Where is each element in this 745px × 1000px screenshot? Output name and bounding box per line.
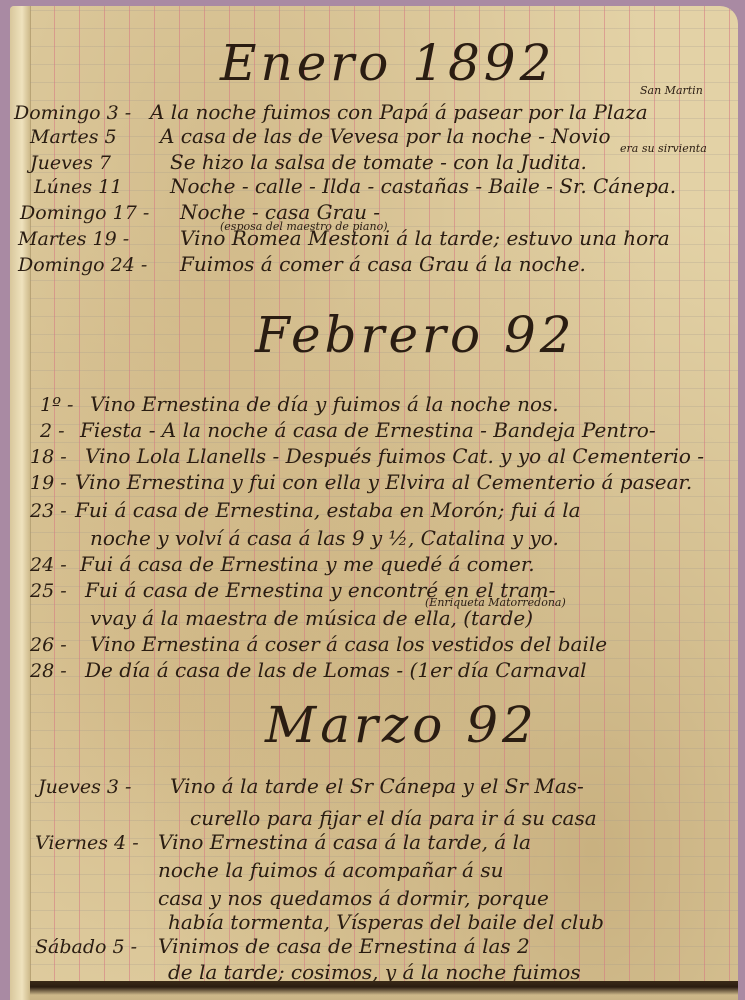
- annotation: era su sirvienta: [620, 142, 707, 155]
- diary-page: Enero 1892 San Martin Domingo 3 - A la n…: [10, 6, 738, 1000]
- entry-text: Vino Ernestina y fui con ella y Elvira a…: [75, 470, 692, 494]
- entry-text: Fiesta - A la noche á casa de Ernestina …: [80, 418, 656, 442]
- entry-day: 2 -: [40, 420, 65, 442]
- entry-day: 25 -: [30, 580, 67, 602]
- entry-text: Vino Lola Llanells - Después fuimos Cat.…: [85, 444, 704, 468]
- entry-day: 28 -: [30, 660, 67, 682]
- entry-text: Vino á la tarde el Sr Cánepa y el Sr Mas…: [170, 774, 584, 798]
- entry-text: vvay á la maestra de música de ella, (ta…: [90, 606, 533, 630]
- entry-text: noche y volví á casa á las 9 y ½, Catali…: [90, 526, 559, 550]
- entry-day: Jueves 7: [30, 152, 111, 174]
- heading-enero: Enero 1892: [220, 34, 555, 92]
- entry-day: Viernes 4 -: [35, 832, 139, 854]
- entry-text: Vino Ernestina á coser á casa los vestid…: [90, 632, 607, 656]
- entry-day: Domingo 3 -: [14, 102, 131, 124]
- entry-text: Vino Romea Mestoni á la tarde; estuvo un…: [180, 226, 670, 250]
- annotation: San Martin: [640, 84, 703, 97]
- entry-text: noche la fuimos á acompañar á su: [158, 858, 503, 882]
- entry-text: había tormenta, Vísperas del baile del c…: [168, 910, 604, 934]
- entry-text: De día á casa de las de Lomas - (1er día…: [85, 658, 587, 682]
- entry-text: Vino Ernestina á casa á la tarde, á la: [158, 830, 531, 854]
- entry-text: Fui á casa de Ernestina, estaba en Morón…: [75, 498, 581, 522]
- entry-day: Domingo 24 -: [18, 254, 147, 276]
- entry-text: curello para fijar el día para ir á su c…: [190, 806, 597, 830]
- entry-day: Domingo 17 -: [20, 202, 149, 224]
- entry-day: Jueves 3 -: [38, 776, 131, 798]
- entry-text: Fuimos á comer á casa Grau á la noche.: [180, 252, 586, 276]
- entry-text: A casa de las de Vevesa por la noche - N…: [160, 124, 611, 148]
- heading-marzo: Marzo 92: [265, 696, 538, 754]
- entry-day: Martes 5: [30, 126, 117, 148]
- entry-text: Se hizo la salsa de tomate - con la Judi…: [170, 150, 587, 174]
- torn-bottom-edge: [30, 981, 738, 1000]
- page-binding: [10, 6, 31, 1000]
- entry-text: A la noche fuimos con Papá á pasear por …: [150, 100, 648, 124]
- entry-text: Vino Ernestina de día y fuimos á la noch…: [90, 392, 559, 416]
- entry-day: Sábado 5 -: [35, 936, 137, 958]
- entry-day: 18 -: [30, 446, 67, 468]
- entry-day: Martes 19 -: [18, 228, 129, 250]
- entry-day: Lúnes 11: [34, 176, 122, 198]
- entry-day: 19 -: [30, 472, 67, 494]
- entry-day: 1º -: [40, 394, 73, 416]
- entry-day: 23 -: [30, 500, 67, 522]
- entry-text: casa y nos quedamos á dormir, porque: [158, 886, 549, 910]
- entry-text: Noche - calle - Ilda - castañas - Baile …: [170, 174, 676, 198]
- entry-day: 26 -: [30, 634, 67, 656]
- entry-day: 24 -: [30, 554, 67, 576]
- entry-text: Fui á casa de Ernestina y me quedé á com…: [80, 552, 535, 576]
- entry-text: Vinimos de casa de Ernestina á las 2: [158, 934, 530, 958]
- heading-febrero: Febrero 92: [255, 306, 576, 364]
